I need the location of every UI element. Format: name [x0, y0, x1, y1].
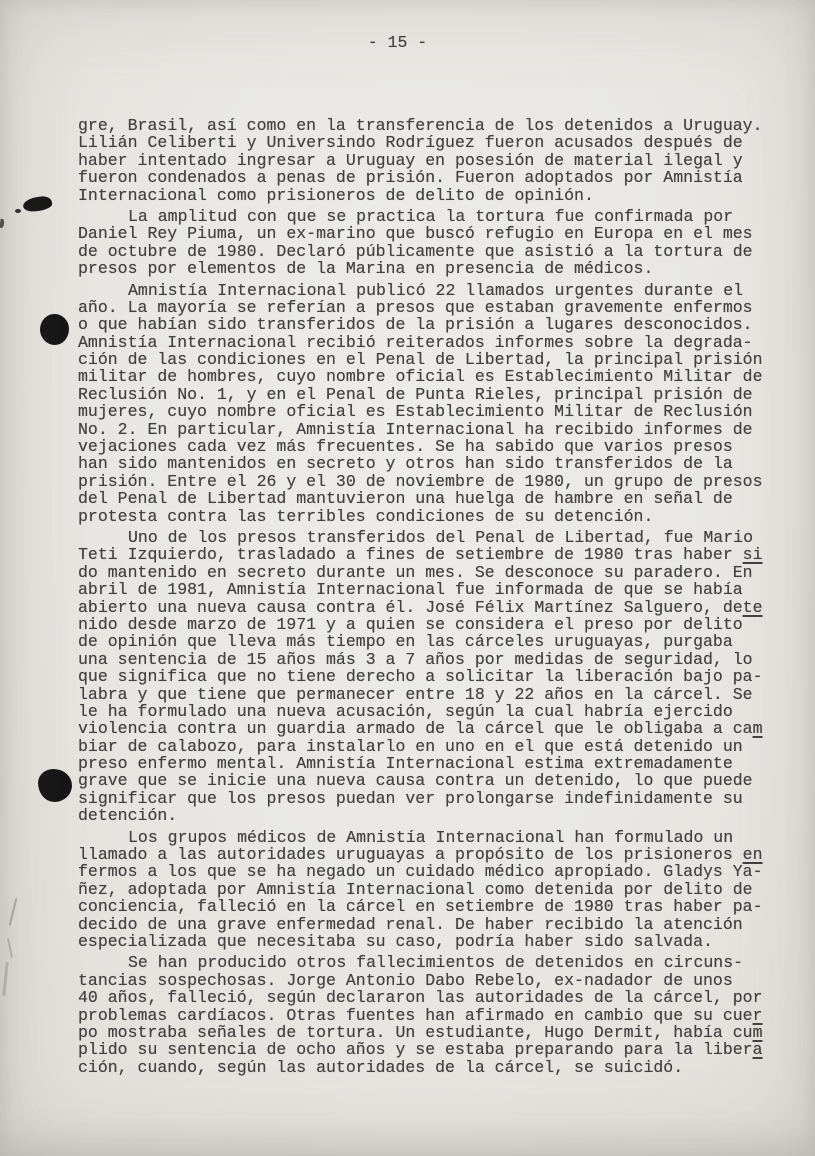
scan-scratch: [2, 962, 9, 996]
text-line: Internacional como prisioneros de delito…: [78, 187, 792, 204]
paragraph: Los grupos médicos de Amnistía Internaci…: [78, 829, 792, 951]
text-line: de octubre de 1980. Declaró públicamente…: [78, 243, 792, 260]
text-line: tancias sospechosas. Jorge Antonio Dabo …: [78, 972, 792, 989]
text-line: detención.: [78, 807, 792, 824]
text-line: ñez, adoptada por Amnistía Internacional…: [78, 881, 792, 898]
text-line: de opinión que lleva más tiempo en las c…: [78, 633, 792, 650]
ink-blob: [38, 769, 72, 802]
continuation-underline: m: [753, 1023, 763, 1042]
paragraph: gre, Brasil, así como en la transferenci…: [78, 117, 792, 204]
text-line: do mantenido en secreto durante un mes. …: [78, 564, 792, 581]
text-line: labra y que tiene que permanecer entre 1…: [78, 686, 792, 703]
ink-splatter-dot: [15, 209, 21, 213]
text-line: gre, Brasil, así como en la transferenci…: [78, 117, 792, 134]
text-line: Uno de los presos transferidos del Penal…: [78, 529, 792, 546]
text-line: haber intentado ingresar a Uruguay en po…: [78, 152, 792, 169]
paragraph: Se han producido otros fallecimientos de…: [78, 954, 792, 1076]
text-line: No. 2. En particular, Amnistía Internaci…: [78, 421, 792, 438]
page-number: - 15 -: [0, 33, 805, 52]
ink-splatter: [22, 195, 52, 212]
text-line: violencia contra un guardia armado de la…: [78, 720, 792, 737]
text-line: ción, cuando, según las autoridades de l…: [78, 1059, 792, 1076]
text-line: llamado a las autoridades uruguayas a pr…: [78, 846, 792, 863]
text-line: han sido mantenidos en secreto y otros h…: [78, 455, 792, 472]
text-line: abril de 1981, Amnistía Internacional fu…: [78, 581, 792, 598]
text-line: 40 años, falleció, según declararon las …: [78, 989, 792, 1006]
ink-blob: [40, 314, 69, 345]
text-line: una sentencia de 15 años más 3 a 7 años …: [78, 651, 792, 668]
text-line: que significa que no tiene derecho a sol…: [78, 668, 792, 685]
text-line: Daniel Rey Piuma, un ex-marino que buscó…: [78, 225, 792, 242]
text-line: preso enfermo mental. Amnistía Internaci…: [78, 755, 792, 772]
edge-speck: [0, 219, 5, 228]
continuation-underline: r: [753, 1006, 763, 1025]
text-line: militar de hombres, cuyo nombre oficial …: [78, 368, 792, 385]
text-line: La amplitud con que se practica la tortu…: [78, 208, 792, 225]
continuation-underline: en: [743, 845, 763, 864]
text-line: Lilián Celiberti y Universindo Rodríguez…: [78, 134, 792, 151]
text-line: le ha formulado una nueva acusación, seg…: [78, 703, 792, 720]
text-line: plido su sentencia de ocho años y se est…: [78, 1041, 792, 1058]
text-line: Amnistía Internacional recibió reiterado…: [78, 334, 792, 351]
text-line: mujeres, cuyo nombre oficial es Establec…: [78, 403, 792, 420]
paragraph: Uno de los presos transferidos del Penal…: [78, 529, 792, 825]
document-body: gre, Brasil, así como en la transferenci…: [78, 117, 792, 1076]
text-line: prisión. Entre el 26 y el 30 de noviembr…: [78, 473, 792, 490]
paragraph: Amnistía Internacional publicó 22 llamad…: [78, 282, 792, 525]
paragraph: La amplitud con que se practica la tortu…: [78, 208, 792, 278]
text-line: conciencia, falleció en la cárcel en set…: [78, 898, 792, 915]
text-line: Los grupos médicos de Amnistía Internaci…: [78, 829, 792, 846]
scan-scratch: [7, 938, 13, 958]
text-line: grave que se inicie una nueva causa cont…: [78, 772, 792, 789]
text-line: vejaciones cada vez más frecuentes. Se h…: [78, 438, 792, 455]
text-line: Se han producido otros fallecimientos de…: [78, 954, 792, 971]
continuation-underline: si: [743, 545, 763, 564]
text-line: fermos a los que se ha negado un cuidado…: [78, 863, 792, 880]
text-line: nido desde marzo de 1971 y a quien se co…: [78, 616, 792, 633]
continuation-underline: te: [743, 598, 763, 617]
text-line: o que habían sido transferidos de la pri…: [78, 316, 792, 333]
text-line: Teti Izquierdo, trasladado a fines de se…: [78, 546, 792, 563]
continuation-underline: a: [753, 1040, 763, 1059]
text-line: presos por elementos de la Marina en pre…: [78, 260, 792, 277]
continuation-underline: m: [753, 719, 763, 738]
text-line: del Penal de Libertad mantuvieron una hu…: [78, 490, 792, 507]
text-line: abierto una nueva causa contra él. José …: [78, 599, 792, 616]
text-line: fueron condenados a penas de prisión. Fu…: [78, 169, 792, 186]
text-line: po mostraba señales de tortura. Un estud…: [78, 1024, 792, 1041]
text-line: Amnistía Internacional publicó 22 llamad…: [78, 282, 792, 299]
scanned-page: { "page": { "number": "- 15 -" }, "color…: [0, 0, 815, 1156]
text-line: significar que los presos puedan ver pro…: [78, 790, 792, 807]
text-line: problemas cardíacos. Otras fuentes han a…: [78, 1007, 792, 1024]
text-line: año. La mayoría se referían a presos que…: [78, 299, 792, 316]
text-line: protesta contra las terribles condicione…: [78, 508, 792, 525]
text-line: decido de una grave enfermedad renal. De…: [78, 916, 792, 933]
text-line: biar de calabozo, para instalarlo en uno…: [78, 738, 792, 755]
scan-scratch: [9, 898, 18, 926]
text-line: ción de las condiciones en el Penal de L…: [78, 351, 792, 368]
text-line: especializada que necesitaba su caso, po…: [78, 933, 792, 950]
text-line: Reclusión No. 1, y en el Penal de Punta …: [78, 386, 792, 403]
